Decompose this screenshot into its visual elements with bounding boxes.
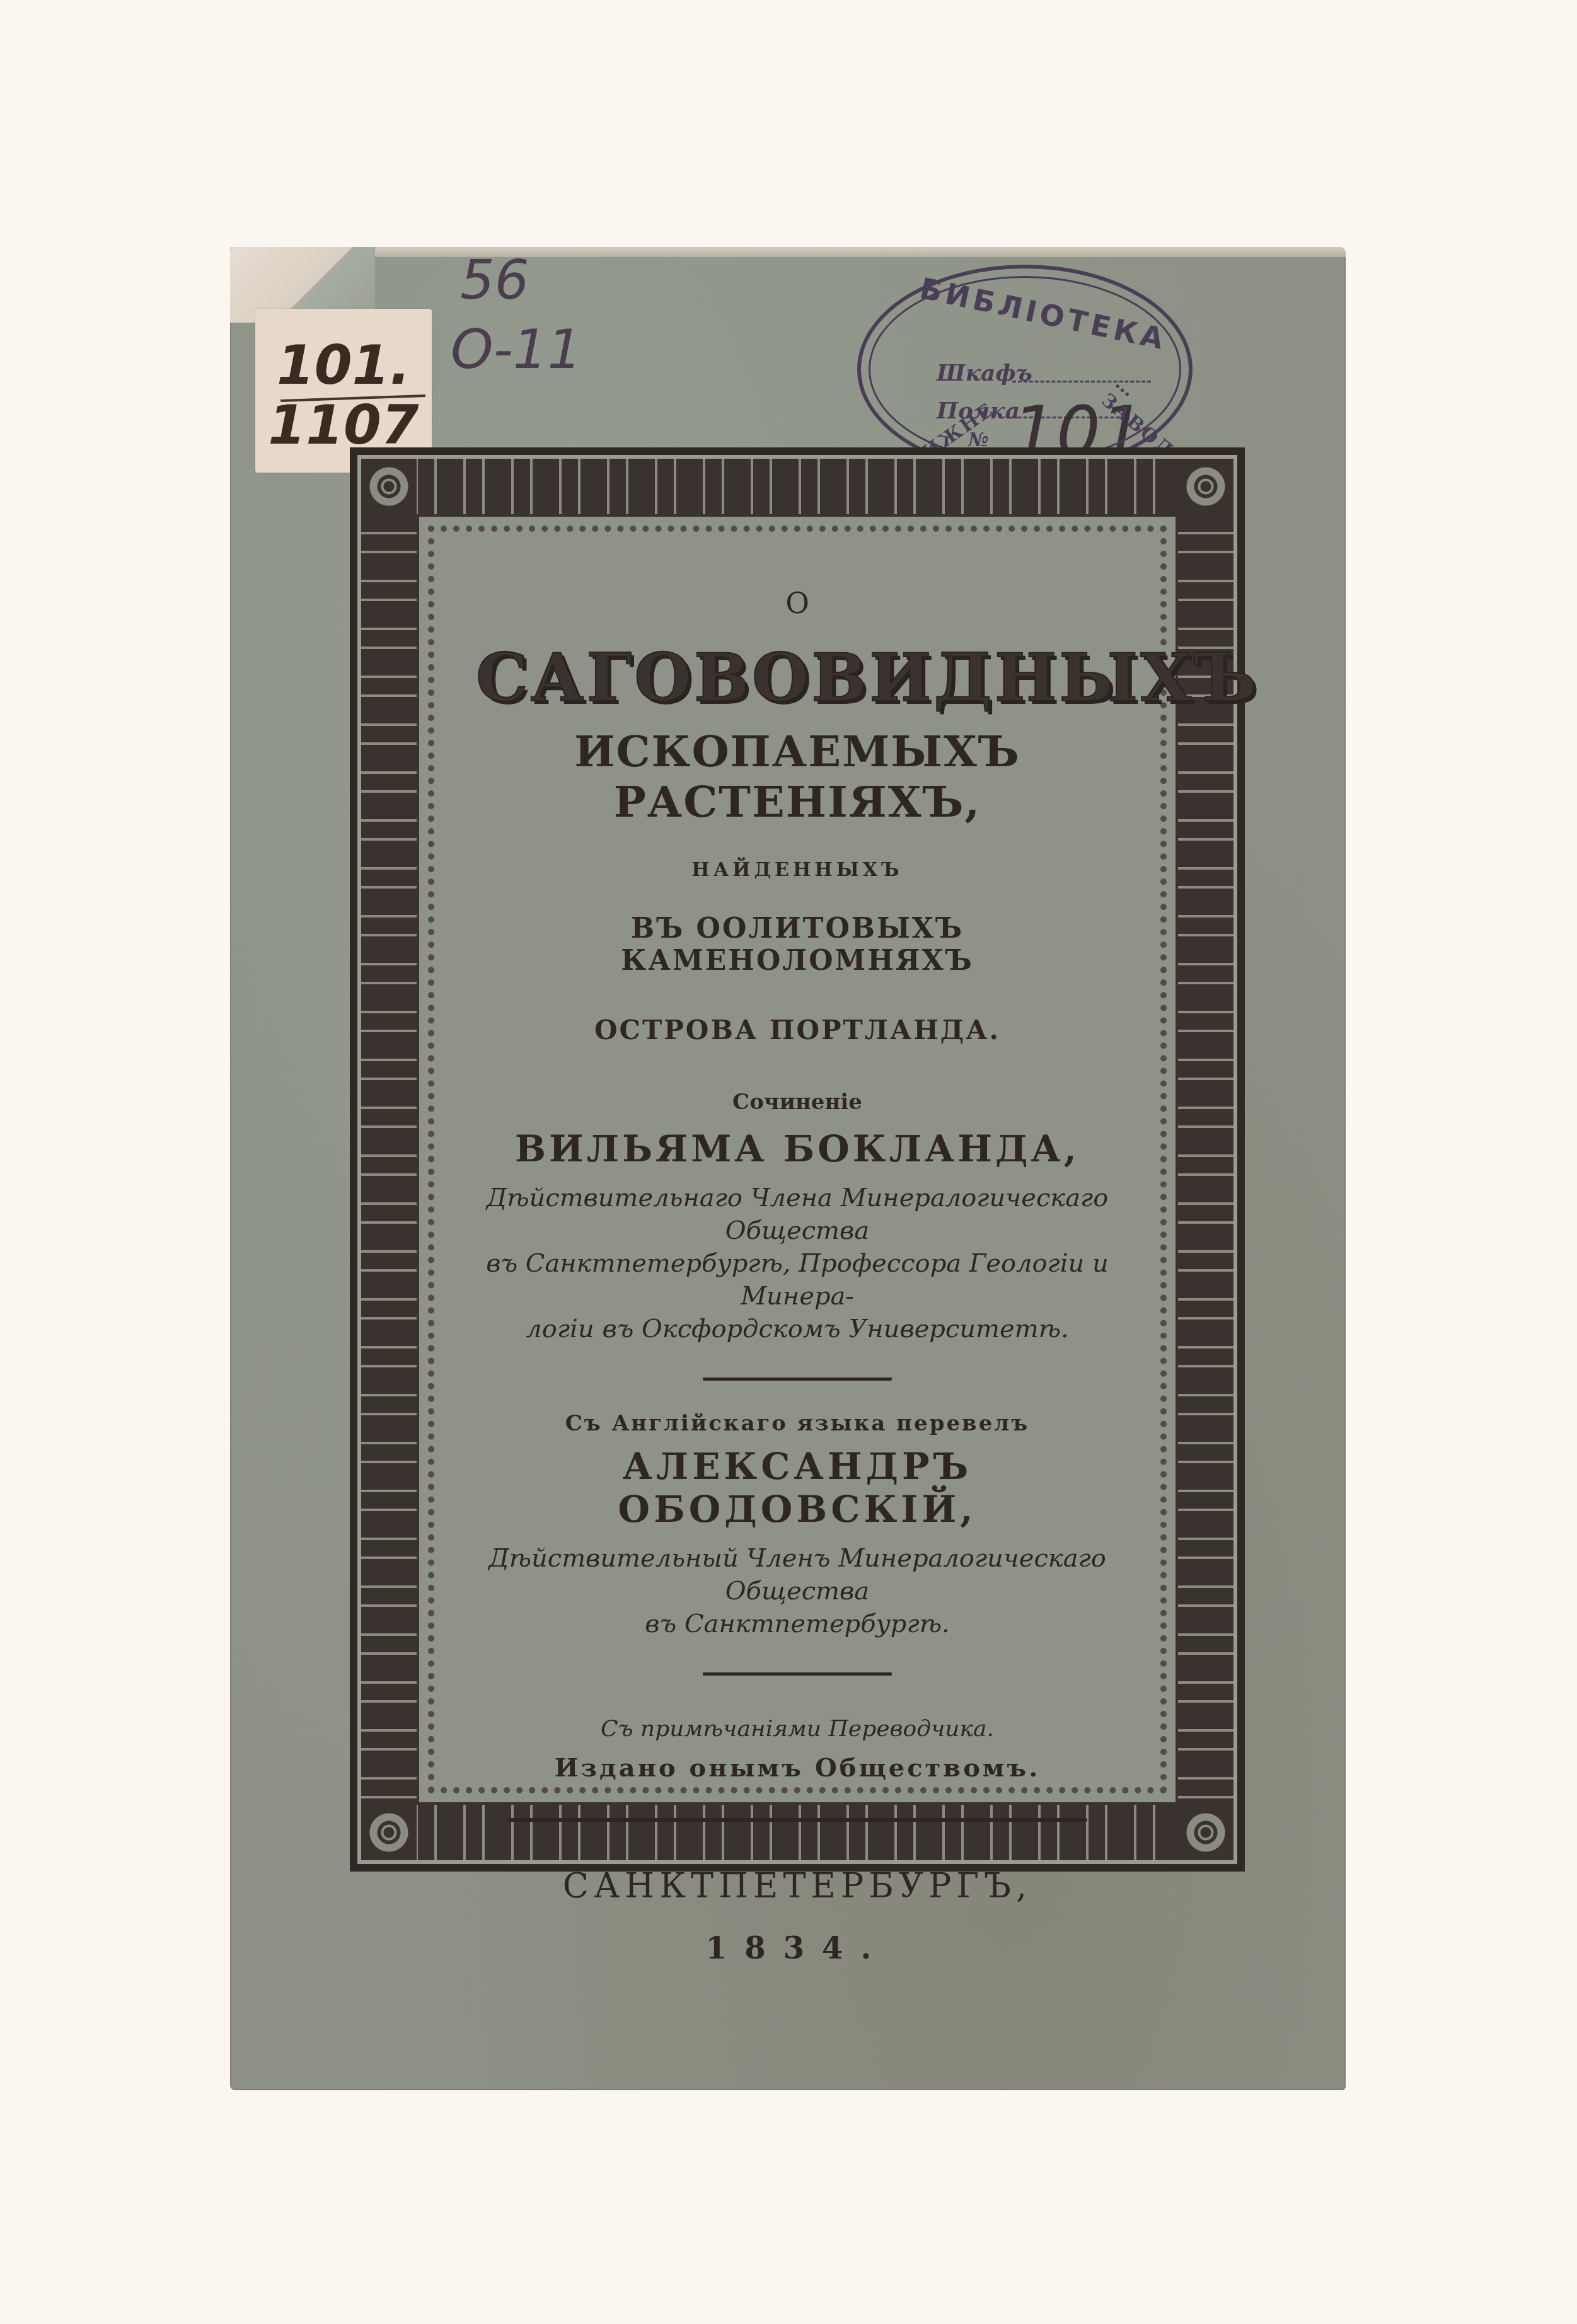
author-title-line: Дѣйствительнаго Члена Минералогическаго … (476, 1182, 1119, 1247)
title-preposition: О (476, 586, 1119, 620)
rosette-icon (361, 1805, 417, 1860)
work-label: Сочиненіе (476, 1090, 1119, 1115)
author-name: ВИЛЬЯМА БОКЛАНДА, (476, 1127, 1119, 1170)
rosette-icon (1178, 1805, 1233, 1860)
stamp-dashed-line (1012, 381, 1151, 383)
notes-line: Съ примѣчаніями Переводчика. (476, 1716, 1119, 1742)
subtitle: ИСКОПАЕМЫХЪ РАСТЕНІЯХЪ, (476, 727, 1119, 827)
translator-name: АЛЕКСАНДРЪ ОБОДОВСКІЙ, (476, 1445, 1119, 1531)
translator-title-line: въ Санктпетербургѣ. (476, 1608, 1119, 1640)
ornamental-divider (703, 1669, 892, 1678)
ornamental-divider (703, 1374, 892, 1383)
rosette-icon (361, 459, 417, 514)
pencil-mark-1: 56 (460, 249, 529, 312)
year: 1834. (476, 1931, 1119, 1966)
location-line: ВЪ ООЛИТОВЫХЪ КАМЕНОЛОМНЯХЪ (476, 912, 1119, 977)
title-text-block: О САГОВОВИДНЫХЪ ИСКОПАЕМЫХЪ РАСТЕНІЯХЪ, … (476, 586, 1119, 1764)
rosette-icon (1178, 459, 1233, 514)
acanthus-border: О САГОВОВИДНЫХЪ ИСКОПАЕМЫХЪ РАСТЕНІЯХЪ, … (357, 455, 1237, 1864)
publisher-line: Издано онымъ Обществомъ. (476, 1753, 1119, 1783)
translator-title-line: Дѣйствительный Членъ Минералогическаго О… (476, 1542, 1119, 1608)
island-line: ОСТРОВА ПОРТЛАНДА. (476, 1015, 1119, 1045)
title-panel: О САГОВОВИДНЫХЪ ИСКОПАЕМЫХЪ РАСТЕНІЯХЪ, … (417, 514, 1178, 1805)
translation-line: Съ Англійскаго языка перевелъ (476, 1411, 1119, 1436)
main-title: САГОВОВИДНЫХЪ (476, 639, 1119, 716)
stamp-cabinet-label: Шкафъ (937, 360, 1032, 386)
shelf-label-top: 101. (255, 334, 432, 397)
library-stamp: БИБЛІОТЕКА Шкафъ Полка № 101 НИЖНЕ …ЗАВО… (857, 265, 1193, 474)
stamp-dashed-line (1006, 417, 1126, 418)
stamp-shelf-label: Полка (937, 398, 1020, 424)
translator-titles: Дѣйствительный Членъ Минералогическаго О… (476, 1542, 1119, 1640)
ornamental-frame: О САГОВОВИДНЫХЪ ИСКОПАЕМЫХЪ РАСТЕНІЯХЪ, … (350, 447, 1245, 1872)
author-title-line: въ Санктпетербургѣ, Профессора Геологіи … (476, 1247, 1119, 1313)
acanthus-border-left (361, 514, 417, 1805)
pencil-mark-2: О-11 (451, 318, 582, 381)
city: САНКТПЕТЕРБУРГЪ, (476, 1866, 1119, 1906)
horizontal-rule (507, 1818, 1087, 1822)
author-title-line: логіи въ Оксфордскомъ Университетѣ. (476, 1313, 1119, 1345)
worn-top-edge (230, 247, 1346, 257)
found-line: НАЙДЕННЫХЪ (476, 859, 1119, 881)
author-titles: Дѣйствительнаго Члена Минералогическаго … (476, 1182, 1119, 1345)
